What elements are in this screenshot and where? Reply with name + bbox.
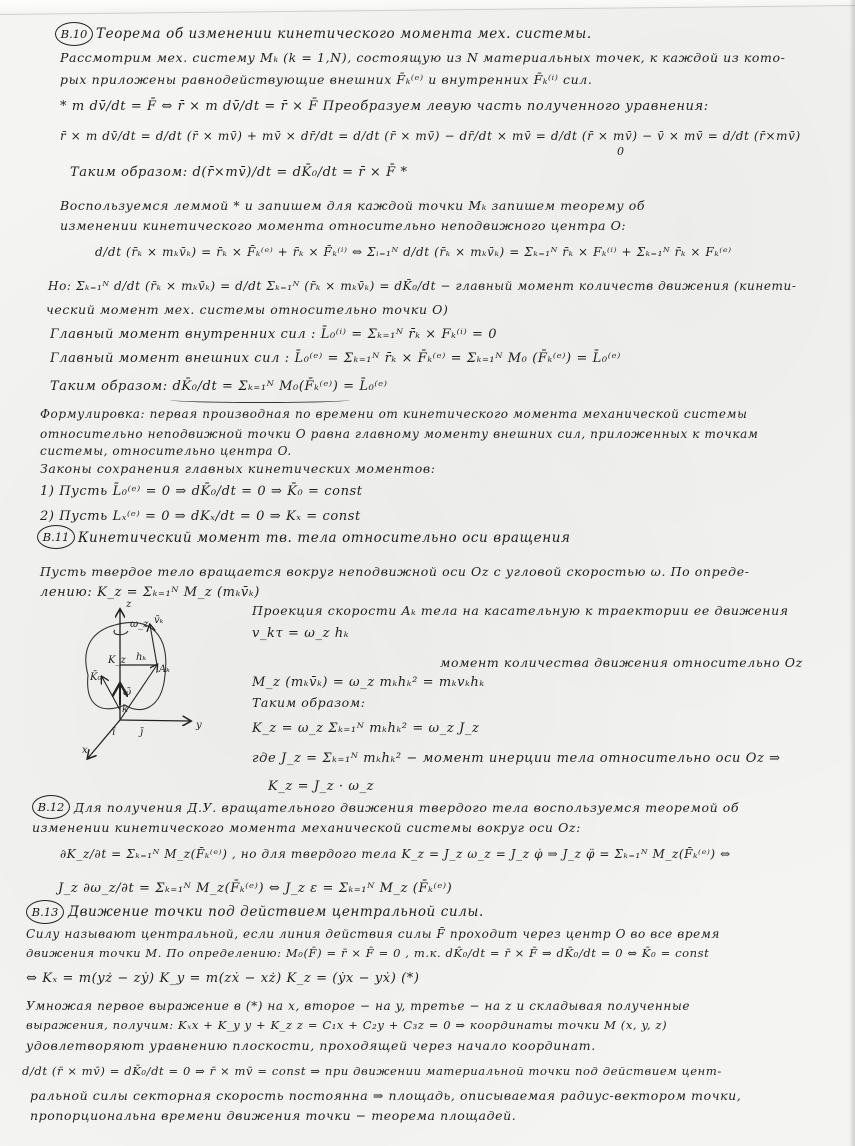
- formula-line: v_kτ = ω_z hₖ: [252, 627, 349, 640]
- formula-line: выражения, получим: Kₓx + K_y y + K_z z …: [26, 1020, 667, 1032]
- text-line: момент количества движения относительно …: [440, 657, 803, 670]
- text-line: относительно неподвижной точки O равна г…: [40, 428, 758, 440]
- section-badge-b10: B.10: [55, 22, 93, 46]
- svg-text:z: z: [125, 599, 132, 610]
- text-line: Таким образом:: [252, 697, 366, 710]
- formula-brace-zero: 0: [617, 146, 625, 157]
- text-line: системы, относительно центра O.: [40, 445, 292, 457]
- svg-text:ω_z: ω_z: [130, 619, 149, 630]
- svg-text:ω̄: ω̄: [123, 687, 131, 698]
- text-line: Формулировка: первая производная по врем…: [40, 408, 747, 420]
- formula-line: Главный момент внешних сил : L̄₀⁽ᵉ⁾ = Σₖ…: [50, 352, 621, 365]
- text-line: рых приложены равнодействующие внешних F…: [60, 74, 592, 87]
- text-line: изменении кинетического момента относите…: [60, 220, 626, 233]
- section-title-b13: Движение точки под действием центральной…: [68, 906, 484, 920]
- formula-line: M_z (mₖv̄ₖ) = ω_z mₖhₖ² = mₖvₖhₖ: [252, 676, 485, 689]
- formula-line: Таким образом: dK̄₀/dt = Σₖ₌₁ᴺ M₀(F̄ₖ⁽ᵉ⁾…: [50, 380, 388, 393]
- text-line: пропорциональна времени движения точки −…: [30, 1110, 516, 1123]
- scanned-page: B.10 Теорема об изменении кинетического …: [0, 0, 855, 1146]
- svg-text:j̄: j̄: [138, 727, 144, 738]
- svg-text:K̄₀: K̄₀: [89, 671, 101, 683]
- formula-line: r̄ × m dv̄/dt = d/dt (r̄ × mv̄) + mv̄ × …: [60, 130, 801, 142]
- formula-line: ⇔ Kₓ = m(yż − zẏ) K_y = m(zẋ − xż) K_z =…: [26, 972, 420, 985]
- svg-text:x: x: [82, 745, 88, 756]
- formula-line: Таким образом: d(r̄×mv̄)/dt = dK̄₀/dt = …: [70, 166, 408, 179]
- formula-line: J_z ∂ω_z/∂t = Σₖ₌₁ᴺ M_z(F̄ₖ⁽ᵉ⁾) ⇔ J_z ε …: [58, 882, 452, 895]
- svg-text:K_z: K_z: [107, 655, 126, 666]
- svg-text:y: y: [195, 720, 202, 731]
- text-line: изменении кинетического момента механиче…: [32, 822, 581, 835]
- section-badge-b12: B.12: [32, 795, 70, 819]
- svg-text:k: k: [122, 704, 128, 715]
- text-line: Законы сохранения главных кинетических м…: [40, 463, 436, 476]
- svg-text:v̄ₖ: v̄ₖ: [154, 615, 164, 626]
- text-line: Силу называют центральной, если линия де…: [26, 928, 720, 940]
- formula-line: Но: Σₖ₌₁ᴺ d/dt (r̄ₖ × mₖv̄ₖ) = d/dt Σₖ₌₁…: [48, 280, 797, 292]
- formula-line: K_z = J_z · ω_z: [268, 780, 374, 793]
- svg-text:Aₖ: Aₖ: [158, 664, 170, 675]
- text-line: Рассмотрим мех. систему Mₖ (k = 1,N), со…: [60, 52, 785, 65]
- formula-line: 1) Пусть L̄₀⁽ᵉ⁾ = 0 ⇒ dK̄₀/dt = 0 ⇒ K̄₀ …: [40, 485, 363, 498]
- formula-line: где J_z = Σₖ₌₁ᴺ mₖhₖ² − момент инерции т…: [252, 752, 781, 765]
- text-line: Воспользуемся леммой * и запишем для каж…: [60, 200, 645, 213]
- paper-fold: [0, 0, 855, 15]
- rotation-axis-diagram: z y x ω_z v̄ₖ hₖ Aₖ K_z K̄₀ ω̄ k ī j̄: [60, 595, 230, 775]
- text-line: удовлетворяют уравнению плоскости, прохо…: [26, 1040, 596, 1053]
- svg-text:ī: ī: [112, 727, 116, 738]
- section-badge-b11: B.11: [37, 525, 75, 549]
- formula-line: 2) Пусть Lₓ⁽ᵉ⁾ = 0 ⇒ dKₓ/dt = 0 ⇒ Kₓ = c…: [40, 510, 361, 523]
- section-badge-b13: B.13: [26, 900, 64, 924]
- text-line: Умножая первое выражение в (*) на x, вто…: [26, 1000, 690, 1012]
- text-line: ральной силы секторная скорость постоянн…: [30, 1090, 741, 1103]
- formula-line: * m dv̄/dt = F̄ ⇔ r̄ × m dv̄/dt = r̄ × F…: [60, 100, 709, 113]
- formula-line: d/dt (r̄ₖ × mₖv̄ₖ) = r̄ₖ × F̄ₖ⁽ᵉ⁾ + r̄ₖ …: [95, 246, 732, 258]
- formula-line: движения точки M. По определению: M₀(F̄)…: [26, 948, 709, 960]
- text-line: Для получения Д.У. вращательного движени…: [74, 802, 739, 815]
- formula-line: ∂K_z/∂t = Σₖ₌₁ᴺ M_z(F̄ₖ⁽ᵉ⁾) , но для тве…: [60, 848, 731, 860]
- formula-line: Главный момент внутренних сил : L̄₀⁽ⁱ⁾ =…: [50, 328, 497, 341]
- section-title-b11: Кинетический момент тв. тела относительн…: [78, 532, 571, 546]
- svg-text:hₖ: hₖ: [136, 652, 146, 663]
- text-line: ческий момент мех. системы относительно …: [46, 304, 449, 317]
- formula-line: K_z = ω_z Σₖ₌₁ᴺ mₖhₖ² = ω_z J_z: [252, 722, 479, 735]
- double-underline: [170, 397, 350, 403]
- paper-edge-shadow: [849, 0, 855, 1146]
- section-title-b10: Теорема об изменении кинетического момен…: [96, 28, 592, 42]
- text-line: Проекция скорости Aₖ тела на касательную…: [252, 605, 789, 618]
- text-line: Пусть твердое тело вращается вокруг непо…: [40, 566, 750, 579]
- formula-line: d/dt (r̄ × mv̄) = dK̄₀/dt = 0 ⇒ r̄ × mv̄…: [22, 1066, 722, 1078]
